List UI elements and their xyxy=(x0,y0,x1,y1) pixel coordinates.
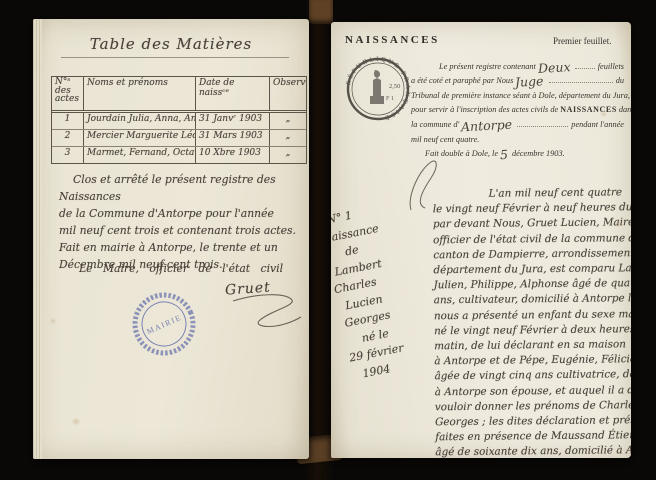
handwritten-fill: Juge xyxy=(513,76,546,87)
form-text: Tribunal de première instance séant à Do… xyxy=(411,91,630,100)
folio-label: Premier feuillet. xyxy=(553,36,611,46)
form-text: pour servir à l'inscription des actes ci… xyxy=(411,105,558,114)
mairie-stamp-icon: MAIRIE xyxy=(120,280,207,367)
act-observation: „ xyxy=(270,130,306,146)
form-text: mil neuf cent quatre. xyxy=(411,135,479,144)
form-text: la commune d' xyxy=(411,120,459,129)
closing-line: mil neuf cent trois et contenant trois a… xyxy=(59,222,305,239)
form-text: a été coté et paraphé par Nous xyxy=(411,76,513,85)
act-date: 31 Janvʳ 1903 xyxy=(196,113,270,129)
title-underline xyxy=(61,57,289,58)
foxing-spot xyxy=(616,222,620,226)
form-line: a été coté et paraphé par Nous Juge du xyxy=(411,71,624,86)
form-line: la commune d' Antorpe pendant l'année xyxy=(411,114,624,129)
stamp-currency: F 1 xyxy=(386,96,394,102)
signature-flourish-icon xyxy=(229,291,309,335)
form-text: du xyxy=(616,76,624,85)
handwritten-fill: 5 xyxy=(498,150,510,160)
mayor-role-line: Le Maire, officier de l'état civil xyxy=(79,262,299,275)
col-header-birthdate: Date de naissᶜᵉ xyxy=(196,77,270,110)
act-line: âgée de vingt cinq ans cultivatrice, dom… xyxy=(434,367,631,385)
table-row: 3 Marmet, Fernand, Octave, Alexis 10 Xbr… xyxy=(52,147,306,163)
act-observation: „ xyxy=(270,147,306,163)
fill-in-rule xyxy=(549,82,613,83)
act-observation: „ xyxy=(270,113,306,129)
form-text: feuillets xyxy=(598,62,624,71)
form-text: Fait double à Dole, le xyxy=(425,149,498,158)
printed-form: Le présent registre contenant Deux feuil… xyxy=(411,56,624,158)
form-text-bold: NAISSANCES xyxy=(558,105,619,114)
act-date: 31 Mars 1903 xyxy=(196,130,270,146)
closing-line: de la Commune d'Antorpe pour l'année xyxy=(59,205,305,222)
form-text: pendant l'année xyxy=(571,120,624,129)
handwritten-fill: Deux xyxy=(536,62,573,73)
book-gutter xyxy=(306,0,334,480)
form-text: Le présent registre contenant xyxy=(439,62,536,71)
table-header-row: N°ˢ des actes Noms et prénoms Date de na… xyxy=(52,77,306,113)
closing-line: Clos et arrêté le présent registre des N… xyxy=(59,171,305,205)
col-header-act-number: N°ˢ des actes xyxy=(52,77,84,110)
table-row: 2 Mercier Marguerite Léontine 31 Mars 19… xyxy=(52,130,306,147)
page-title: Table des Matières xyxy=(33,35,309,53)
act-line: ans, cultivateur, domicilié à Antorpe le… xyxy=(434,291,631,309)
closing-line: Fait en mairie à Antorpe, le trente et u… xyxy=(59,239,305,256)
foxing-spot xyxy=(51,319,55,323)
form-line: pour servir à l'inscription des actes ci… xyxy=(411,100,624,115)
act-line: officier de l'état civil de la commune d… xyxy=(433,230,631,248)
allegorical-figure xyxy=(370,70,384,104)
col-header-names: Noms et prénoms xyxy=(84,77,196,110)
act-name: Marmet, Fernand, Octave, Alexis xyxy=(84,147,196,163)
section-header: NAISSANCES xyxy=(345,34,440,46)
republique-francaise-revenue-stamp-icon: RÉPUBLIQUE FRANÇAISE 2,50 F 1 xyxy=(345,56,411,122)
birth-act-text: L'an mil neuf cent quatre le vingt neuf … xyxy=(433,185,631,458)
act-number: 1 xyxy=(52,113,84,129)
handwritten-fill: Antorpe xyxy=(459,120,514,132)
fill-in-rule xyxy=(575,68,594,69)
act-line: âgé de soixante dix ans, domicilié à Ant… xyxy=(435,443,631,458)
register-scan: Table des Matières N°ˢ des actes Noms et… xyxy=(0,0,656,480)
act-number: 2 xyxy=(52,130,84,146)
form-text: dans xyxy=(619,105,631,114)
act-line: par devant Nous, Gruet Lucien, Maire, xyxy=(433,215,631,233)
act-name: Jourdain Julia, Anna, Angèle xyxy=(84,113,196,129)
form-line: mil neuf cent quatre. xyxy=(411,129,624,144)
foxing-spot xyxy=(73,419,79,424)
binding-tape-top xyxy=(309,0,333,24)
form-line: Fait double à Dole, le 5 décembre 1903. xyxy=(411,144,624,159)
right-page: NAISSANCES Premier feuillet. RÉPUBLIQUE … xyxy=(331,22,631,458)
act-name: Mercier Marguerite Léontine xyxy=(84,130,196,146)
stamp-value: 2,50 xyxy=(389,83,400,90)
margin-annotation: N° 1 Naissance de Lambert Charles Lucien… xyxy=(331,194,449,385)
closing-statement: Clos et arrêté le présent registre des N… xyxy=(59,171,305,273)
act-line: à Antorpe son épouse, et auquel il a déc… xyxy=(435,382,631,400)
form-line: Le présent registre contenant Deux feuil… xyxy=(411,56,624,71)
table-of-contents: N°ˢ des actes Noms et prénoms Date de na… xyxy=(51,76,307,164)
act-date: 10 Xbre 1903 xyxy=(196,147,270,163)
left-page: Table des Matières N°ˢ des actes Noms et… xyxy=(33,19,309,459)
col-header-observations: Observᵒⁿˢ xyxy=(270,77,306,110)
act-number: 3 xyxy=(52,147,84,163)
fill-in-rule xyxy=(517,126,568,127)
table-row: 1 Jourdain Julia, Anna, Angèle 31 Janvʳ … xyxy=(52,113,306,130)
mairie-stamp-label: MAIRIE xyxy=(145,313,183,336)
form-text: décembre 1903. xyxy=(510,149,567,158)
act-line: nous a présenté un enfant du sexe mascul… xyxy=(434,306,631,324)
foxing-spot xyxy=(601,112,606,116)
